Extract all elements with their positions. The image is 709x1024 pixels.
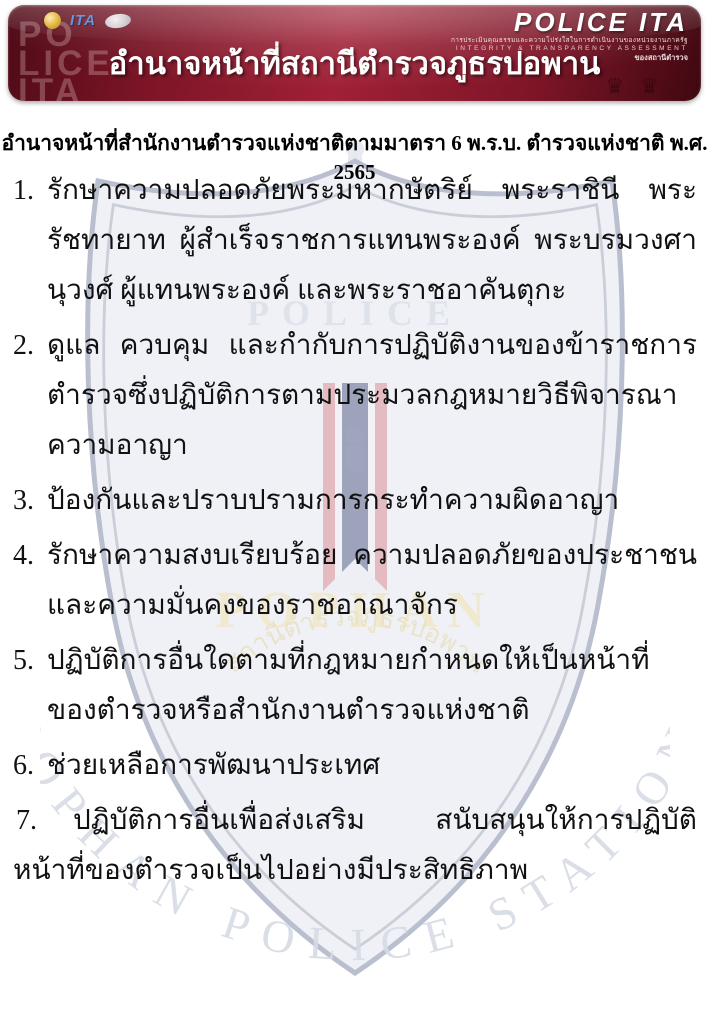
banner-badges: ♛ ♛ bbox=[605, 76, 659, 97]
duty-item: 3.ป้องกันและปราบปรามการกระทำความผิดอาญา bbox=[13, 476, 697, 526]
brand-name: POLICE ITA bbox=[451, 9, 688, 36]
duty-text: ปฏิบัติการอื่นเพื่อส่งเสริม สนับสนุนให้ก… bbox=[13, 805, 697, 886]
page-title: อำนาจหน้าที่สถานีตำรวจภูธรปอพาน bbox=[8, 38, 701, 88]
duty-text: ดูแล ควบคุม และกำกับการปฏิบัติงานของข้าร… bbox=[47, 330, 697, 461]
banner-logos: ITA bbox=[44, 12, 131, 29]
badge-silhouette-icon: ♛ bbox=[640, 76, 659, 97]
duty-text: ปฏิบัติการอื่นใดตามที่กฎหมายกำหนดให้เป็น… bbox=[47, 645, 650, 726]
duty-number: 2. bbox=[13, 321, 47, 371]
duty-number: 5. bbox=[13, 636, 47, 686]
duty-item: 2.ดูแล ควบคุม และกำกับการปฏิบัติงานของข้… bbox=[13, 321, 697, 471]
page: { "banner": { "brand": "POLICE ITA", "br… bbox=[0, 0, 709, 1024]
badge-silhouette-icon: ♛ bbox=[605, 76, 624, 97]
ita-logo-icon: ITA bbox=[70, 12, 96, 29]
duties-list: 1.รักษาความปลอดภัยพระมหากษัตริย์ พระราชิ… bbox=[13, 166, 697, 901]
police-ita-banner: PO LICE ITA ITA POLICE ITA การประเมินคุณ… bbox=[8, 5, 701, 101]
duty-text: ช่วยเหลือการพัฒนาประเทศ bbox=[47, 750, 380, 781]
duty-item: 1.รักษาความปลอดภัยพระมหากษัตริย์ พระราชิ… bbox=[13, 166, 697, 316]
duty-text: รักษาความปลอดภัยพระมหากษัตริย์ พระราชินี… bbox=[47, 175, 697, 306]
duty-number: 4. bbox=[13, 531, 47, 581]
duty-item: 5.ปฏิบัติการอื่นใดตามที่กฎหมายกำหนดให้เป… bbox=[13, 636, 697, 736]
duty-text: รักษาความสงบเรียบร้อย ความปลอดภัยของประช… bbox=[47, 540, 697, 621]
duty-number: 6. bbox=[13, 741, 47, 791]
duty-item: 4.รักษาความสงบเรียบร้อย ความปลอดภัยของปร… bbox=[13, 531, 697, 631]
duty-number: 3. bbox=[13, 476, 47, 526]
duty-text: ป้องกันและปราบปรามการกระทำความผิดอาญา bbox=[47, 485, 619, 516]
award-emblem-icon bbox=[104, 12, 132, 29]
duty-number: 7. bbox=[16, 796, 37, 846]
duty-item: 6.ช่วยเหลือการพัฒนาประเทศ bbox=[13, 741, 697, 791]
statute-subtitle: อำนาจหน้าที่สำนักงานตำรวจแห่งชาติตามมาตร… bbox=[0, 127, 709, 185]
duty-item: 7.ปฏิบัติการอื่นเพื่อส่งเสริม สนับสนุนให… bbox=[13, 796, 697, 896]
police-emblem-icon bbox=[44, 12, 61, 29]
